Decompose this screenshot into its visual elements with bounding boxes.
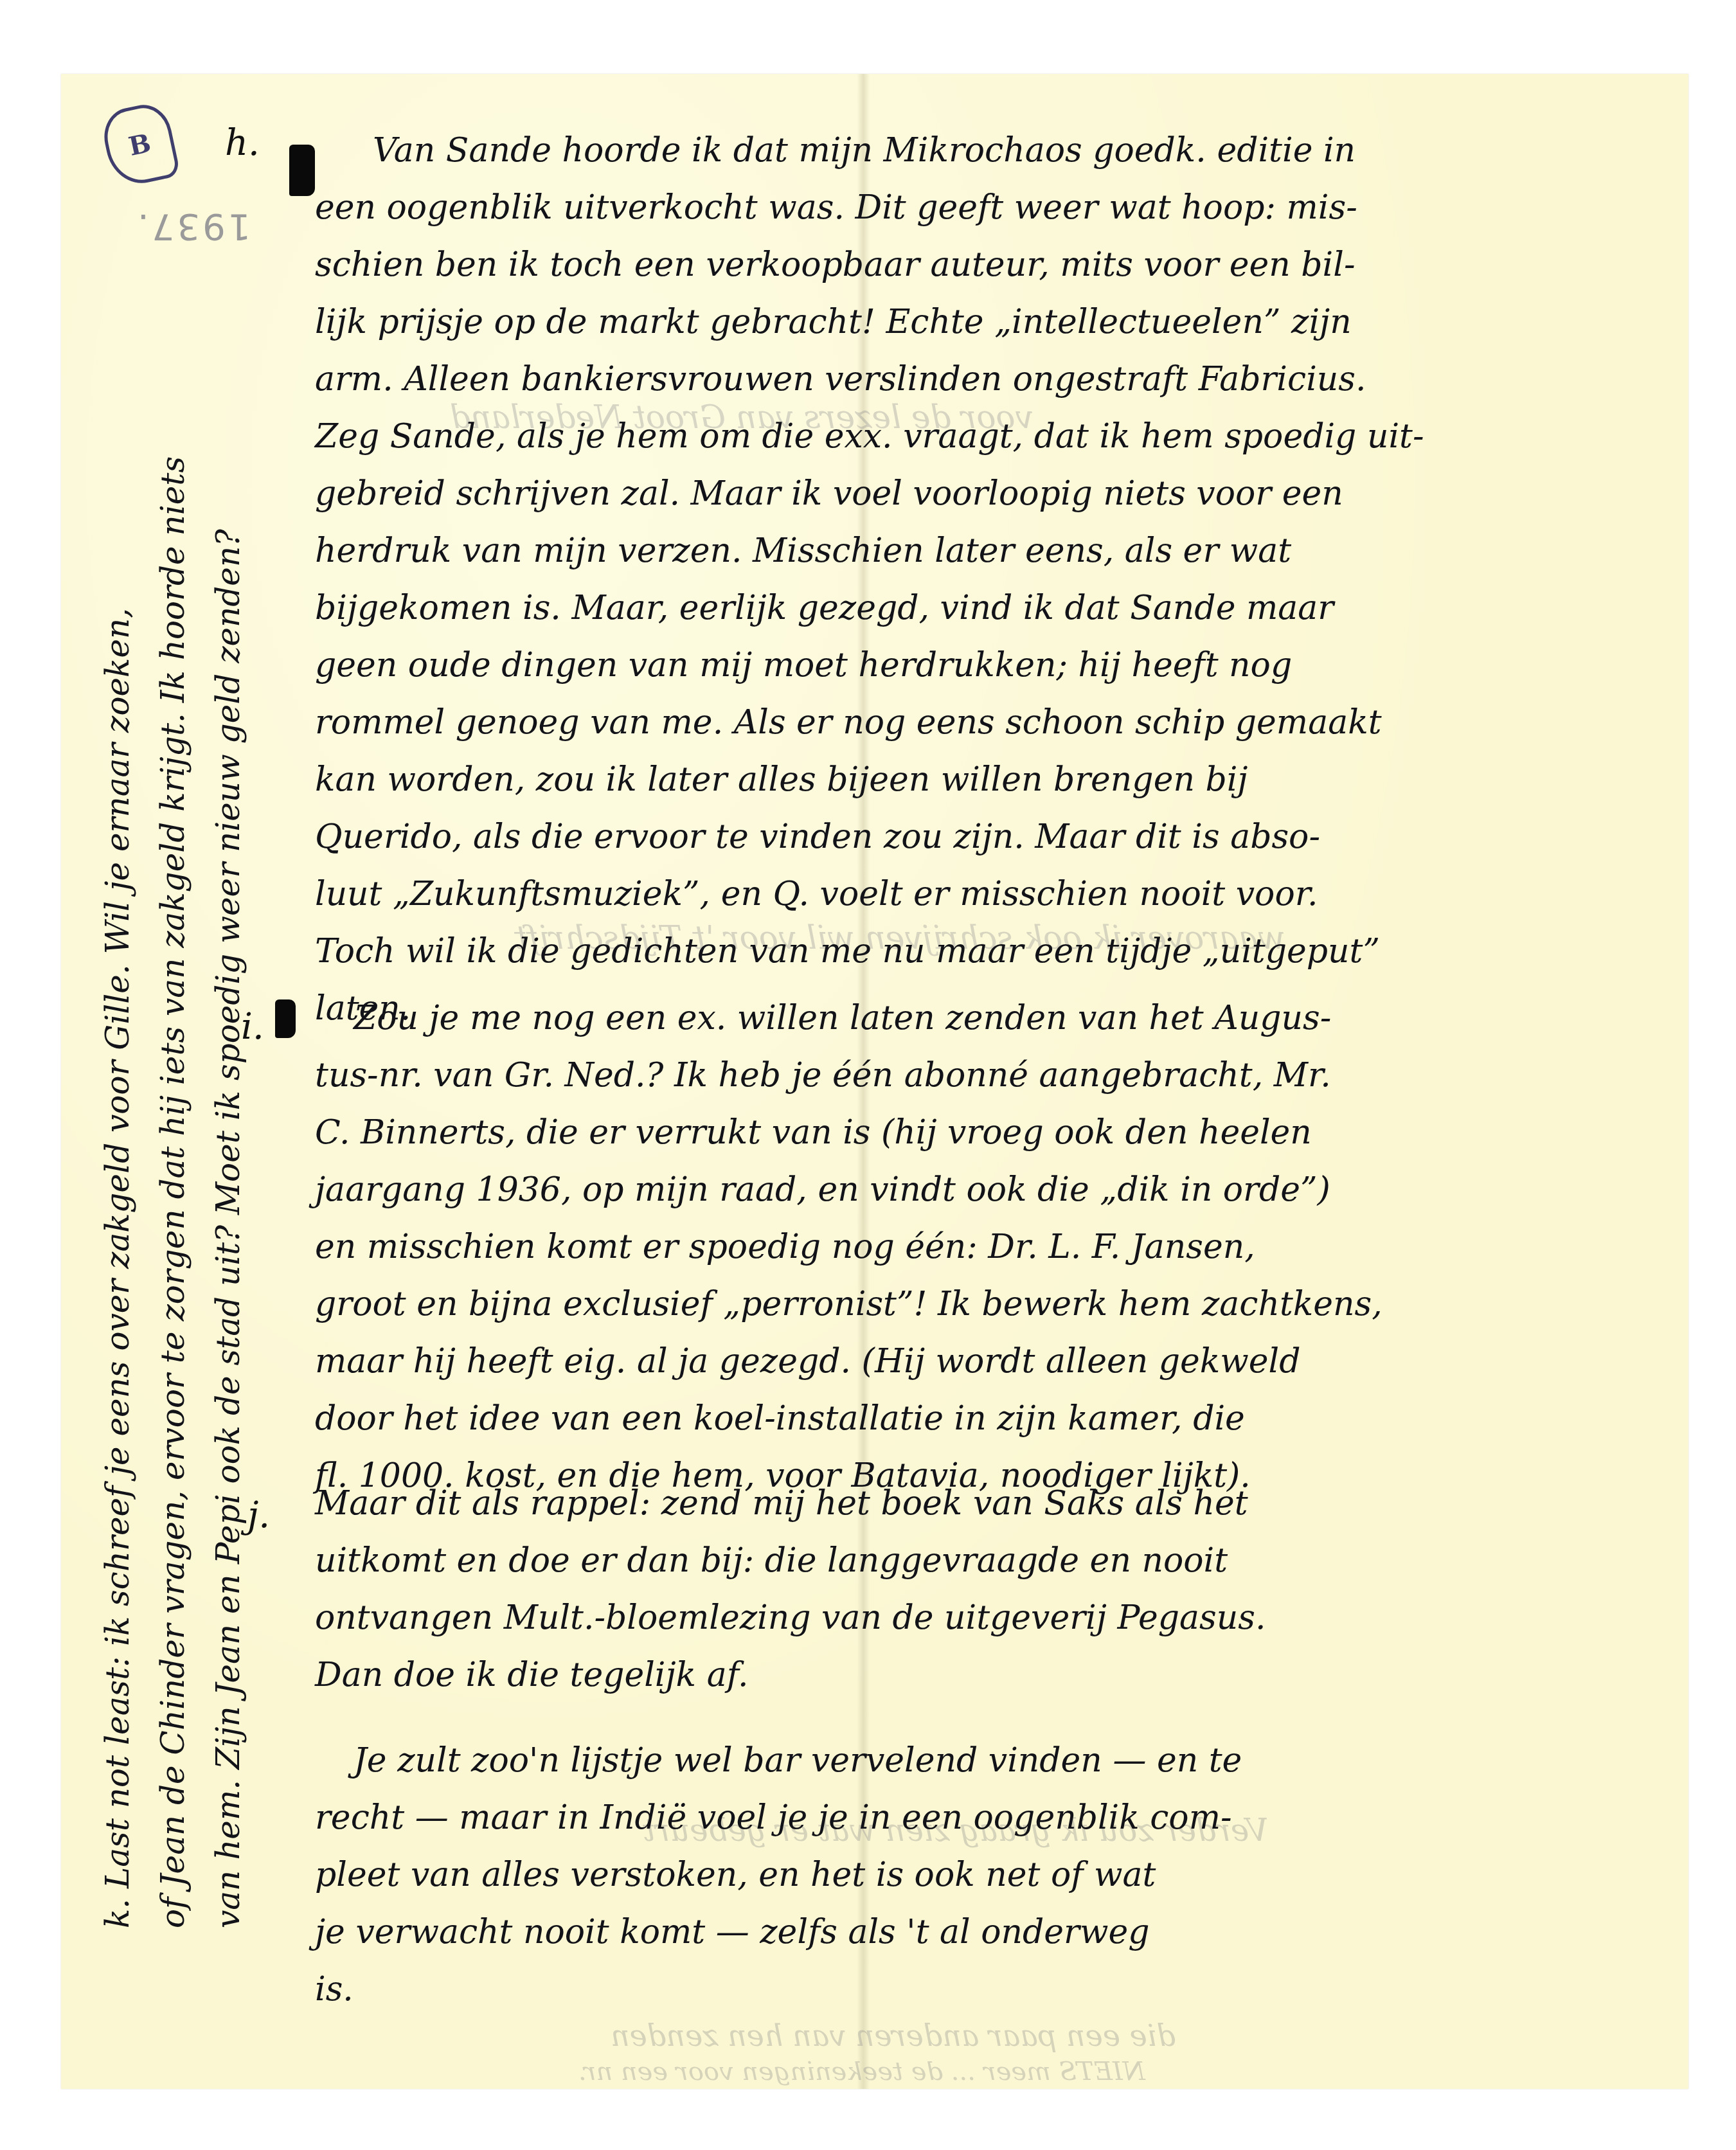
text-line: Van Sande hoorde ik dat mijn Mikrochaos …	[315, 122, 1665, 179]
margin-note-line: of Jean de Chinder vragen, ervoor te zor…	[145, 450, 201, 1928]
paragraph-j: Maar dit als rappel: zend mij het boek v…	[315, 1475, 1665, 1704]
text-line: groot en bijna exclusief „perronist”! Ik…	[315, 1276, 1665, 1333]
ink-blot	[275, 999, 296, 1038]
pencil-date-annotation: 1937.	[135, 206, 251, 247]
ink-blot	[289, 145, 315, 196]
text-line: tus-nr. van Gr. Ned.? Ik heb je één abon…	[315, 1047, 1665, 1104]
text-line: luut „Zukunftsmuziek”, en Q. voelt er mi…	[315, 866, 1665, 923]
text-line: bijgekomen is. Maar, eerlijk gezegd, vin…	[315, 580, 1665, 637]
text-line: kan worden, zou ik later alles bijeen wi…	[315, 751, 1665, 809]
text-line: recht — maar in Indië voel je je in een …	[315, 1789, 1665, 1847]
text-line: rommel genoeg van me. Als er nog eens sc…	[315, 694, 1665, 751]
text-line: en misschien komt er spoedig nog één: Dr…	[315, 1219, 1665, 1276]
text-line: Dan doe ik die tegelijk af.	[315, 1647, 1665, 1704]
text-line: herdruk van mijn verzen. Misschien later…	[315, 523, 1665, 580]
margin-note-text: Last not least: ik schreef je eens over …	[99, 608, 136, 1888]
text-line: geen oude dingen van mij moet herdrukken…	[315, 637, 1665, 694]
bleed-through-line: NIETS meer ... de teekeningen voor een n…	[578, 2057, 1145, 2086]
paragraph-closing: Je zult zoo'n lijstje wel bar vervelend …	[315, 1732, 1665, 2018]
text-line: is.	[315, 1961, 1665, 2018]
text-line: uitkomt en doe er dan bij: die langgevra…	[315, 1532, 1665, 1590]
text-line: pleet van alles verstoken, en het is ook…	[315, 1847, 1665, 1904]
text-line: maar hij heeft eig. al ja gezegd. (Hij w…	[315, 1333, 1665, 1390]
text-line: lijk prijsje op de markt gebracht! Echte…	[315, 294, 1665, 351]
text-line: Maar dit als rappel: zend mij het boek v…	[315, 1475, 1665, 1532]
margin-note-line: k. Last not least: ik schreef je eens ov…	[90, 450, 145, 1928]
text-line: Zou je me nog een ex. willen laten zende…	[315, 990, 1665, 1047]
text-line: Toch wil ik die gedichten van me nu maar…	[315, 923, 1665, 980]
text-line: C. Binnerts, die er verrukt van is (hij …	[315, 1104, 1665, 1161]
text-line: je verwacht nooit komt — zelfs als 't al…	[315, 1904, 1665, 1961]
text-line: gebreid schrijven zal. Maar ik voel voor…	[315, 465, 1665, 523]
text-line: arm. Alleen bankiersvrouwen verslinden o…	[315, 351, 1665, 408]
text-line: Je zult zoo'n lijstje wel bar vervelend …	[315, 1732, 1665, 1789]
text-line: Querido, als die ervoor te vinden zou zi…	[315, 809, 1665, 866]
paragraph-h: Van Sande hoorde ik dat mijn Mikrochaos …	[315, 122, 1665, 1037]
text-line: Zeg Sande, als je hem om die exx. vraagt…	[315, 408, 1665, 465]
section-marker-h: h.	[225, 125, 260, 161]
text-line: ontvangen Mult.-bloemlezing van de uitge…	[315, 1590, 1665, 1647]
text-line: door het idee van een koel-installatie i…	[315, 1390, 1665, 1447]
text-line: een oogenblik uitverkocht was. Dit geeft…	[315, 179, 1665, 237]
text-line: schien ben ik toch een verkoopbaar auteu…	[315, 237, 1665, 294]
margin-note-k: k. Last not least: ik schreef je eens ov…	[90, 450, 256, 1928]
text-line: jaargang 1936, op mijn raad, en vindt oo…	[315, 1161, 1665, 1219]
bleed-through-line: die een paar anderen van hen zenden	[611, 2018, 1176, 2053]
section-marker-k: k.	[99, 1899, 136, 1928]
margin-note-line: van hem. Zijn Jean en Pepi ook de stad u…	[201, 450, 256, 1928]
stamp-glyph: B	[126, 127, 154, 161]
paragraph-i: Zou je me nog een ex. willen laten zende…	[315, 990, 1665, 1505]
